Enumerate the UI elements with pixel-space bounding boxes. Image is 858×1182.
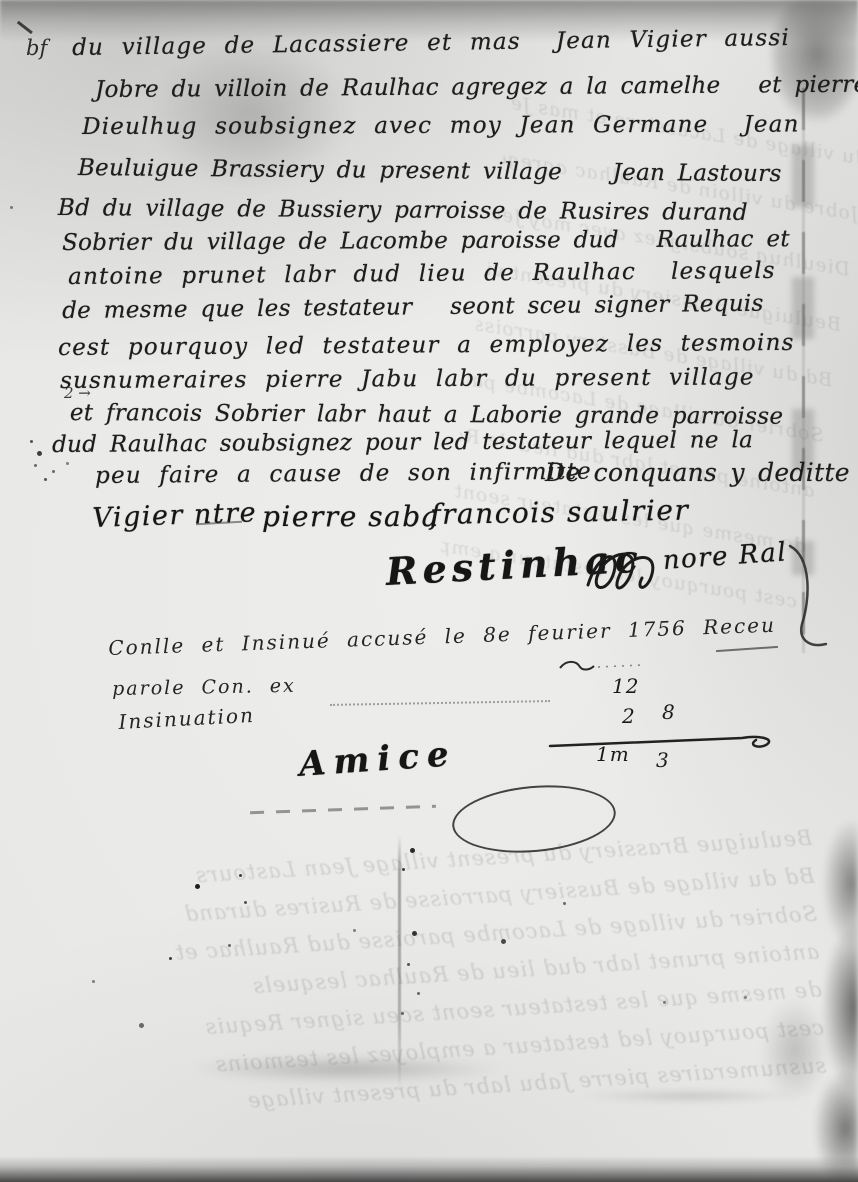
registration-line: parole Con. ex bbox=[112, 677, 296, 699]
bottom-edge-shadow bbox=[0, 1156, 858, 1182]
signature-amice: Amice bbox=[298, 737, 458, 782]
manuscript-line-13: peu faire a cause de son infirmitte bbox=[95, 460, 592, 490]
fee-amount-den1: 1m bbox=[596, 744, 630, 764]
manuscript-line-12: dud Raulhac soubsignez pour led testateu… bbox=[52, 428, 753, 458]
dotted-lead-line bbox=[330, 700, 550, 706]
fee-amount-num2: 8 bbox=[662, 702, 676, 722]
fee-amount-den2: 3 bbox=[656, 750, 670, 770]
ink-specks bbox=[0, 0, 3, 3]
registration-line: Insinuation bbox=[118, 705, 255, 732]
fee-amount-top: 12 bbox=[612, 676, 639, 696]
signature-end-flourish bbox=[772, 540, 832, 658]
manuscript-page: du village de Lacassiere et mas Jean Vig… bbox=[0, 0, 858, 1182]
manuscript-line-9: cest pourquoy led testateur a employez l… bbox=[58, 331, 795, 361]
margin-mark-top-left: bf bbox=[26, 38, 47, 59]
manuscript-line-3: Dieulhug soubsignez avec moy Jean German… bbox=[82, 112, 800, 140]
signature-saba: pierre saba bbox=[262, 503, 440, 531]
manuscript-line-11: et francois Sobrier labr haut a Laborie … bbox=[70, 401, 783, 430]
manuscript-line-2: Jobre du villoin de Raulhac agregez a la… bbox=[95, 73, 858, 104]
bleedthrough-bottom: Beuluigue Brassiery du present village J… bbox=[43, 819, 828, 1134]
fee-amount-num1: 2 bbox=[622, 706, 636, 726]
manuscript-line-6: Sobrier du village de Lacombe paroisse d… bbox=[62, 227, 790, 256]
signature-flourish-dashes bbox=[250, 805, 436, 814]
manuscript-line-13-suffix: De conquans y deditte bbox=[545, 459, 850, 487]
signature-saulrier: francois saulrier bbox=[430, 496, 690, 529]
manuscript-line-5: Bd du village de Bussiery parroisse de R… bbox=[58, 196, 748, 226]
signature-vigier: Vigier ntre bbox=[92, 499, 258, 532]
manuscript-line-10: susnumeraires pierre Jabu labr du presen… bbox=[60, 365, 755, 394]
